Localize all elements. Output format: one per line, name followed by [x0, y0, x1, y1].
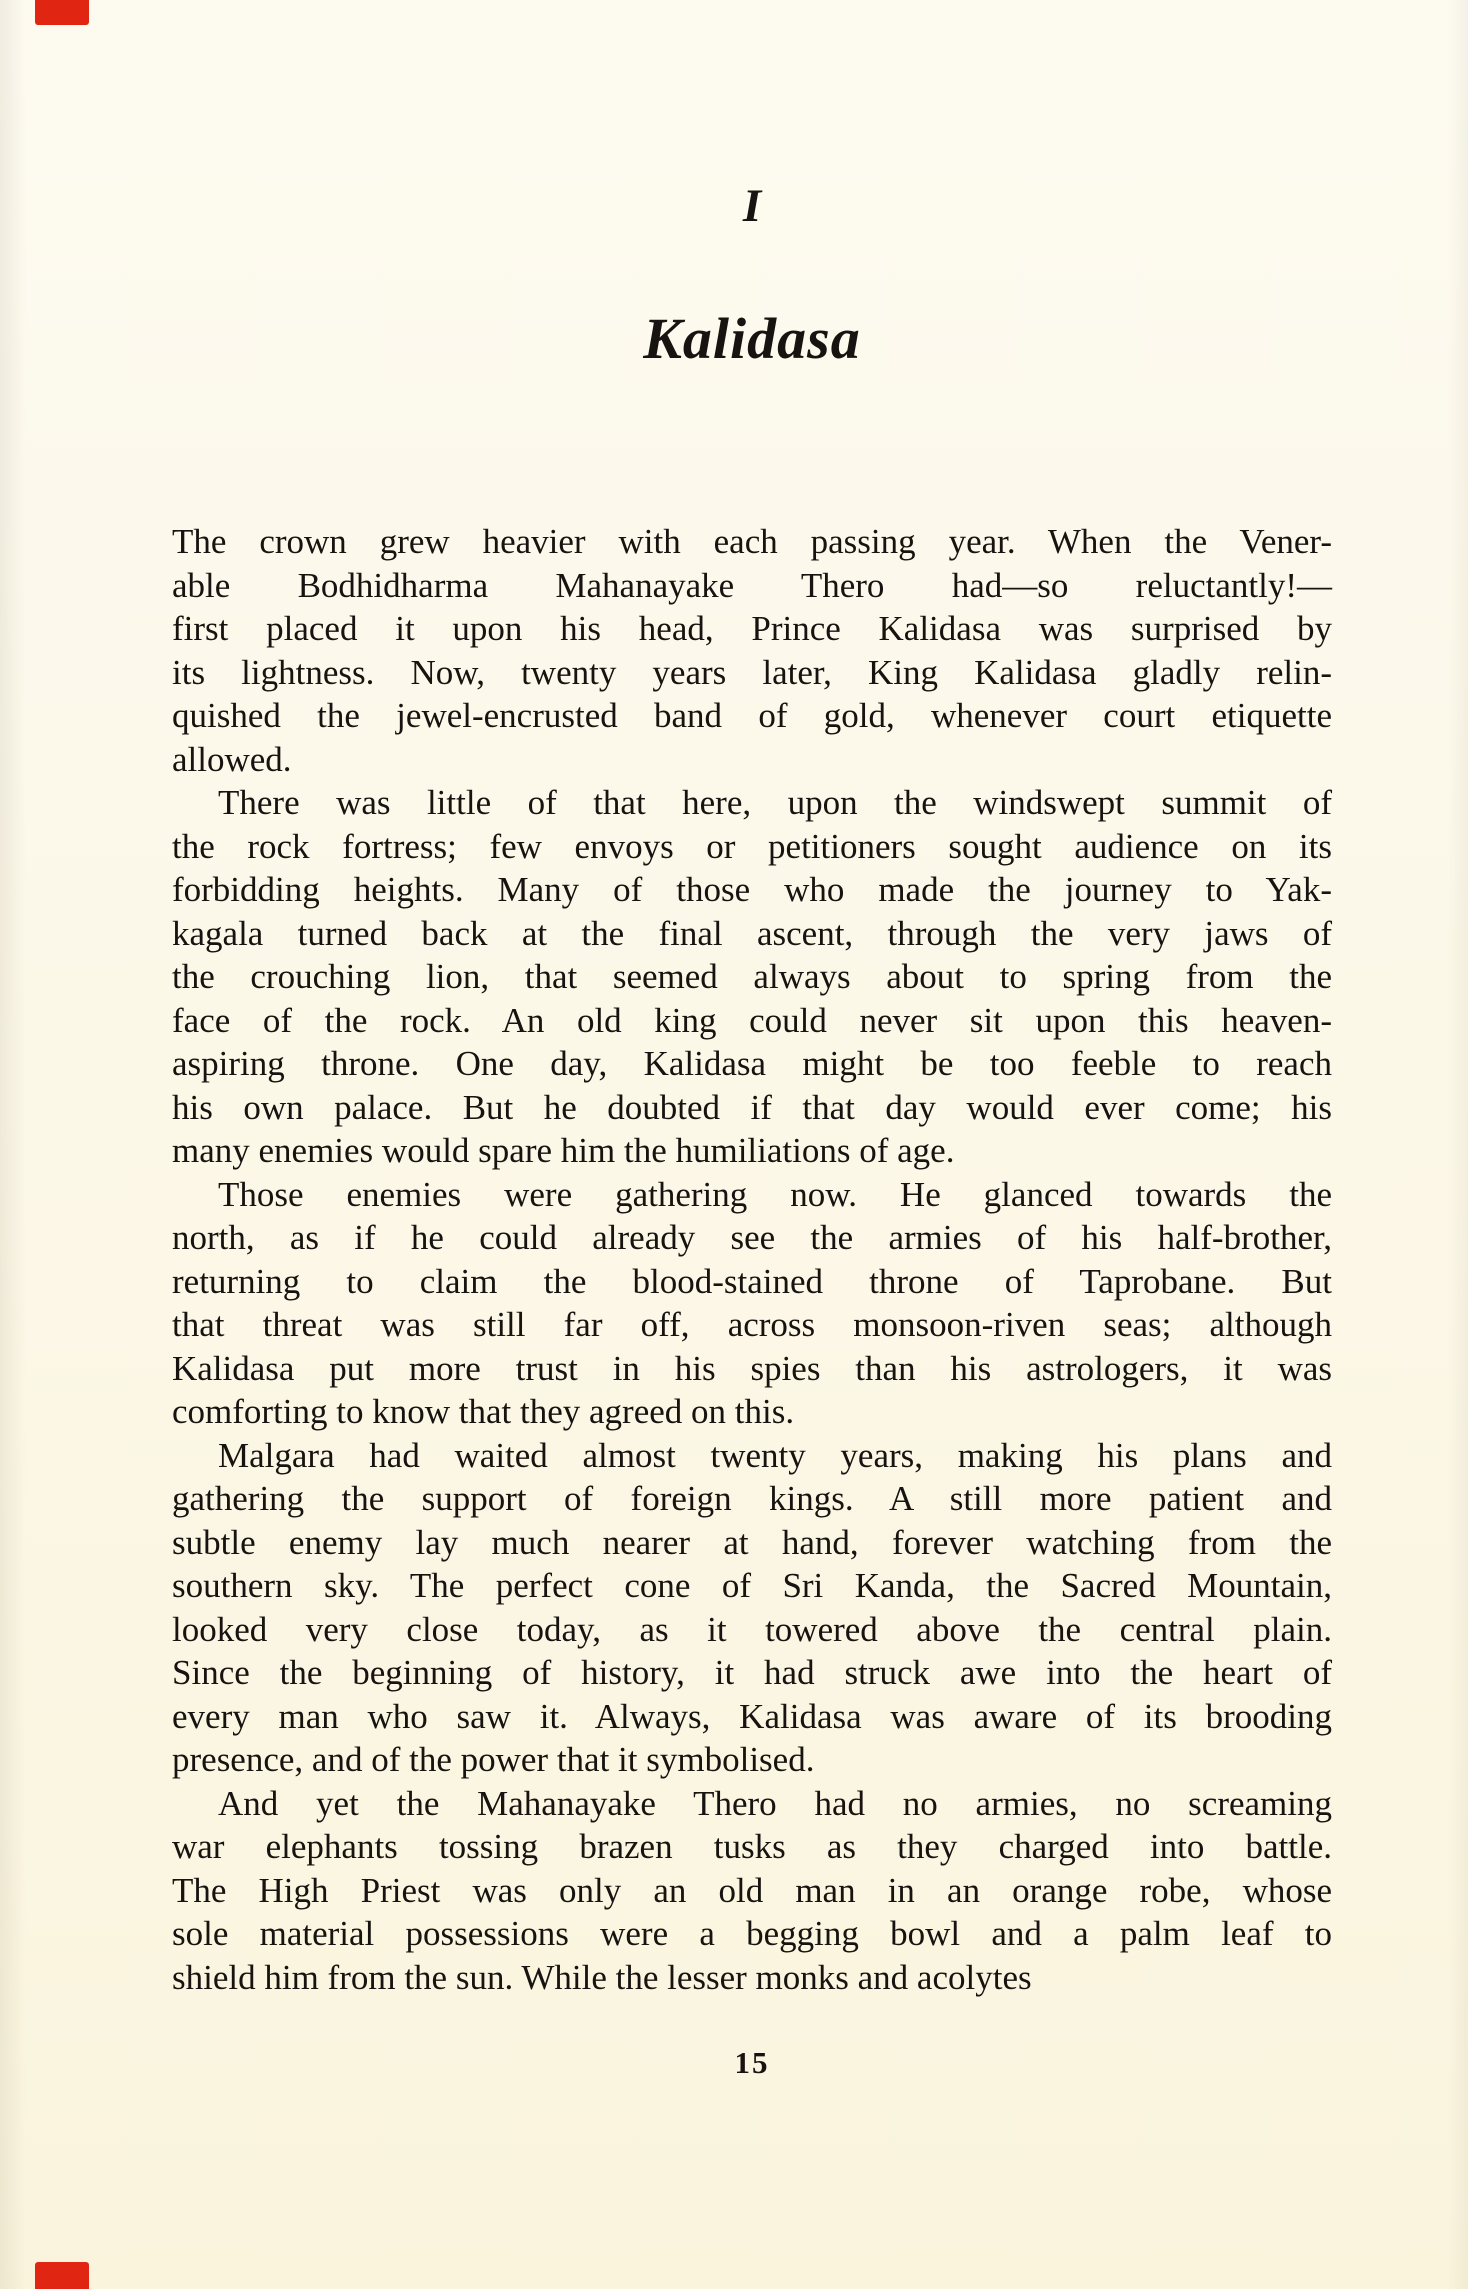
paragraph: Malgara had waited almost twenty years, …: [172, 1434, 1332, 1782]
text-line: able Bodhidharma Mahanayake Thero had—so…: [172, 564, 1332, 608]
text-line: Since the beginning of history, it had s…: [172, 1651, 1332, 1695]
text-line: The crown grew heavier with each passing…: [172, 520, 1332, 564]
text-line: forbidding heights. Many of those who ma…: [172, 868, 1332, 912]
body-text: The crown grew heavier with each passing…: [172, 520, 1332, 1999]
chapter-title: Kalidasa: [172, 310, 1332, 368]
red-scan-mark-top: [35, 0, 89, 25]
text-line: The High Priest was only an old man in a…: [172, 1869, 1332, 1913]
text-line: returning to claim the blood-stained thr…: [172, 1260, 1332, 1304]
text-line: many enemies would spare him the humilia…: [172, 1129, 1332, 1173]
text-line: looked very close today, as it towered a…: [172, 1608, 1332, 1652]
text-line: And yet the Mahanayake Thero had no armi…: [172, 1782, 1332, 1826]
text-line: that threat was still far off, across mo…: [172, 1303, 1332, 1347]
text-line: There was little of that here, upon the …: [172, 781, 1332, 825]
book-page: I Kalidasa The crown grew heavier with e…: [0, 0, 1468, 2289]
text-line: southern sky. The perfect cone of Sri Ka…: [172, 1564, 1332, 1608]
text-line: subtle enemy lay much nearer at hand, fo…: [172, 1521, 1332, 1565]
text-line: sole material possessions were a begging…: [172, 1912, 1332, 1956]
text-line: gathering the support of foreign kings. …: [172, 1477, 1332, 1521]
text-line: quished the jewel-encrusted band of gold…: [172, 694, 1332, 738]
text-line: Malgara had waited almost twenty years, …: [172, 1434, 1332, 1478]
page-number: 15: [172, 2045, 1332, 2081]
text-line: north, as if he could already see the ar…: [172, 1216, 1332, 1260]
text-line: aspiring throne. One day, Kalidasa might…: [172, 1042, 1332, 1086]
paragraph: The crown grew heavier with each passing…: [172, 520, 1332, 781]
text-line: its lightness. Now, twenty years later, …: [172, 651, 1332, 695]
text-line: the rock fortress; few envoys or petitio…: [172, 825, 1332, 869]
text-line: presence, and of the power that it symbo…: [172, 1738, 1332, 1782]
text-line: Kalidasa put more trust in his spies tha…: [172, 1347, 1332, 1391]
text-line: kagala turned back at the final ascent, …: [172, 912, 1332, 956]
text-line: his own palace. But he doubted if that d…: [172, 1086, 1332, 1130]
text-line: allowed.: [172, 738, 1332, 782]
chapter-number: I: [172, 183, 1332, 230]
paragraph: Those enemies were gathering now. He gla…: [172, 1173, 1332, 1434]
text-line: Those enemies were gathering now. He gla…: [172, 1173, 1332, 1217]
paragraph: And yet the Mahanayake Thero had no armi…: [172, 1782, 1332, 2000]
red-scan-mark-bottom: [35, 2262, 89, 2289]
text-line: face of the rock. An old king could neve…: [172, 999, 1332, 1043]
paragraph: There was little of that here, upon the …: [172, 781, 1332, 1173]
text-line: war elephants tossing brazen tusks as th…: [172, 1825, 1332, 1869]
text-line: first placed it upon his head, Prince Ka…: [172, 607, 1332, 651]
text-line: every man who saw it. Always, Kalidasa w…: [172, 1695, 1332, 1739]
text-line: the crouching lion, that seemed always a…: [172, 955, 1332, 999]
text-line: shield him from the sun. While the lesse…: [172, 1956, 1332, 2000]
text-line: comforting to know that they agreed on t…: [172, 1390, 1332, 1434]
